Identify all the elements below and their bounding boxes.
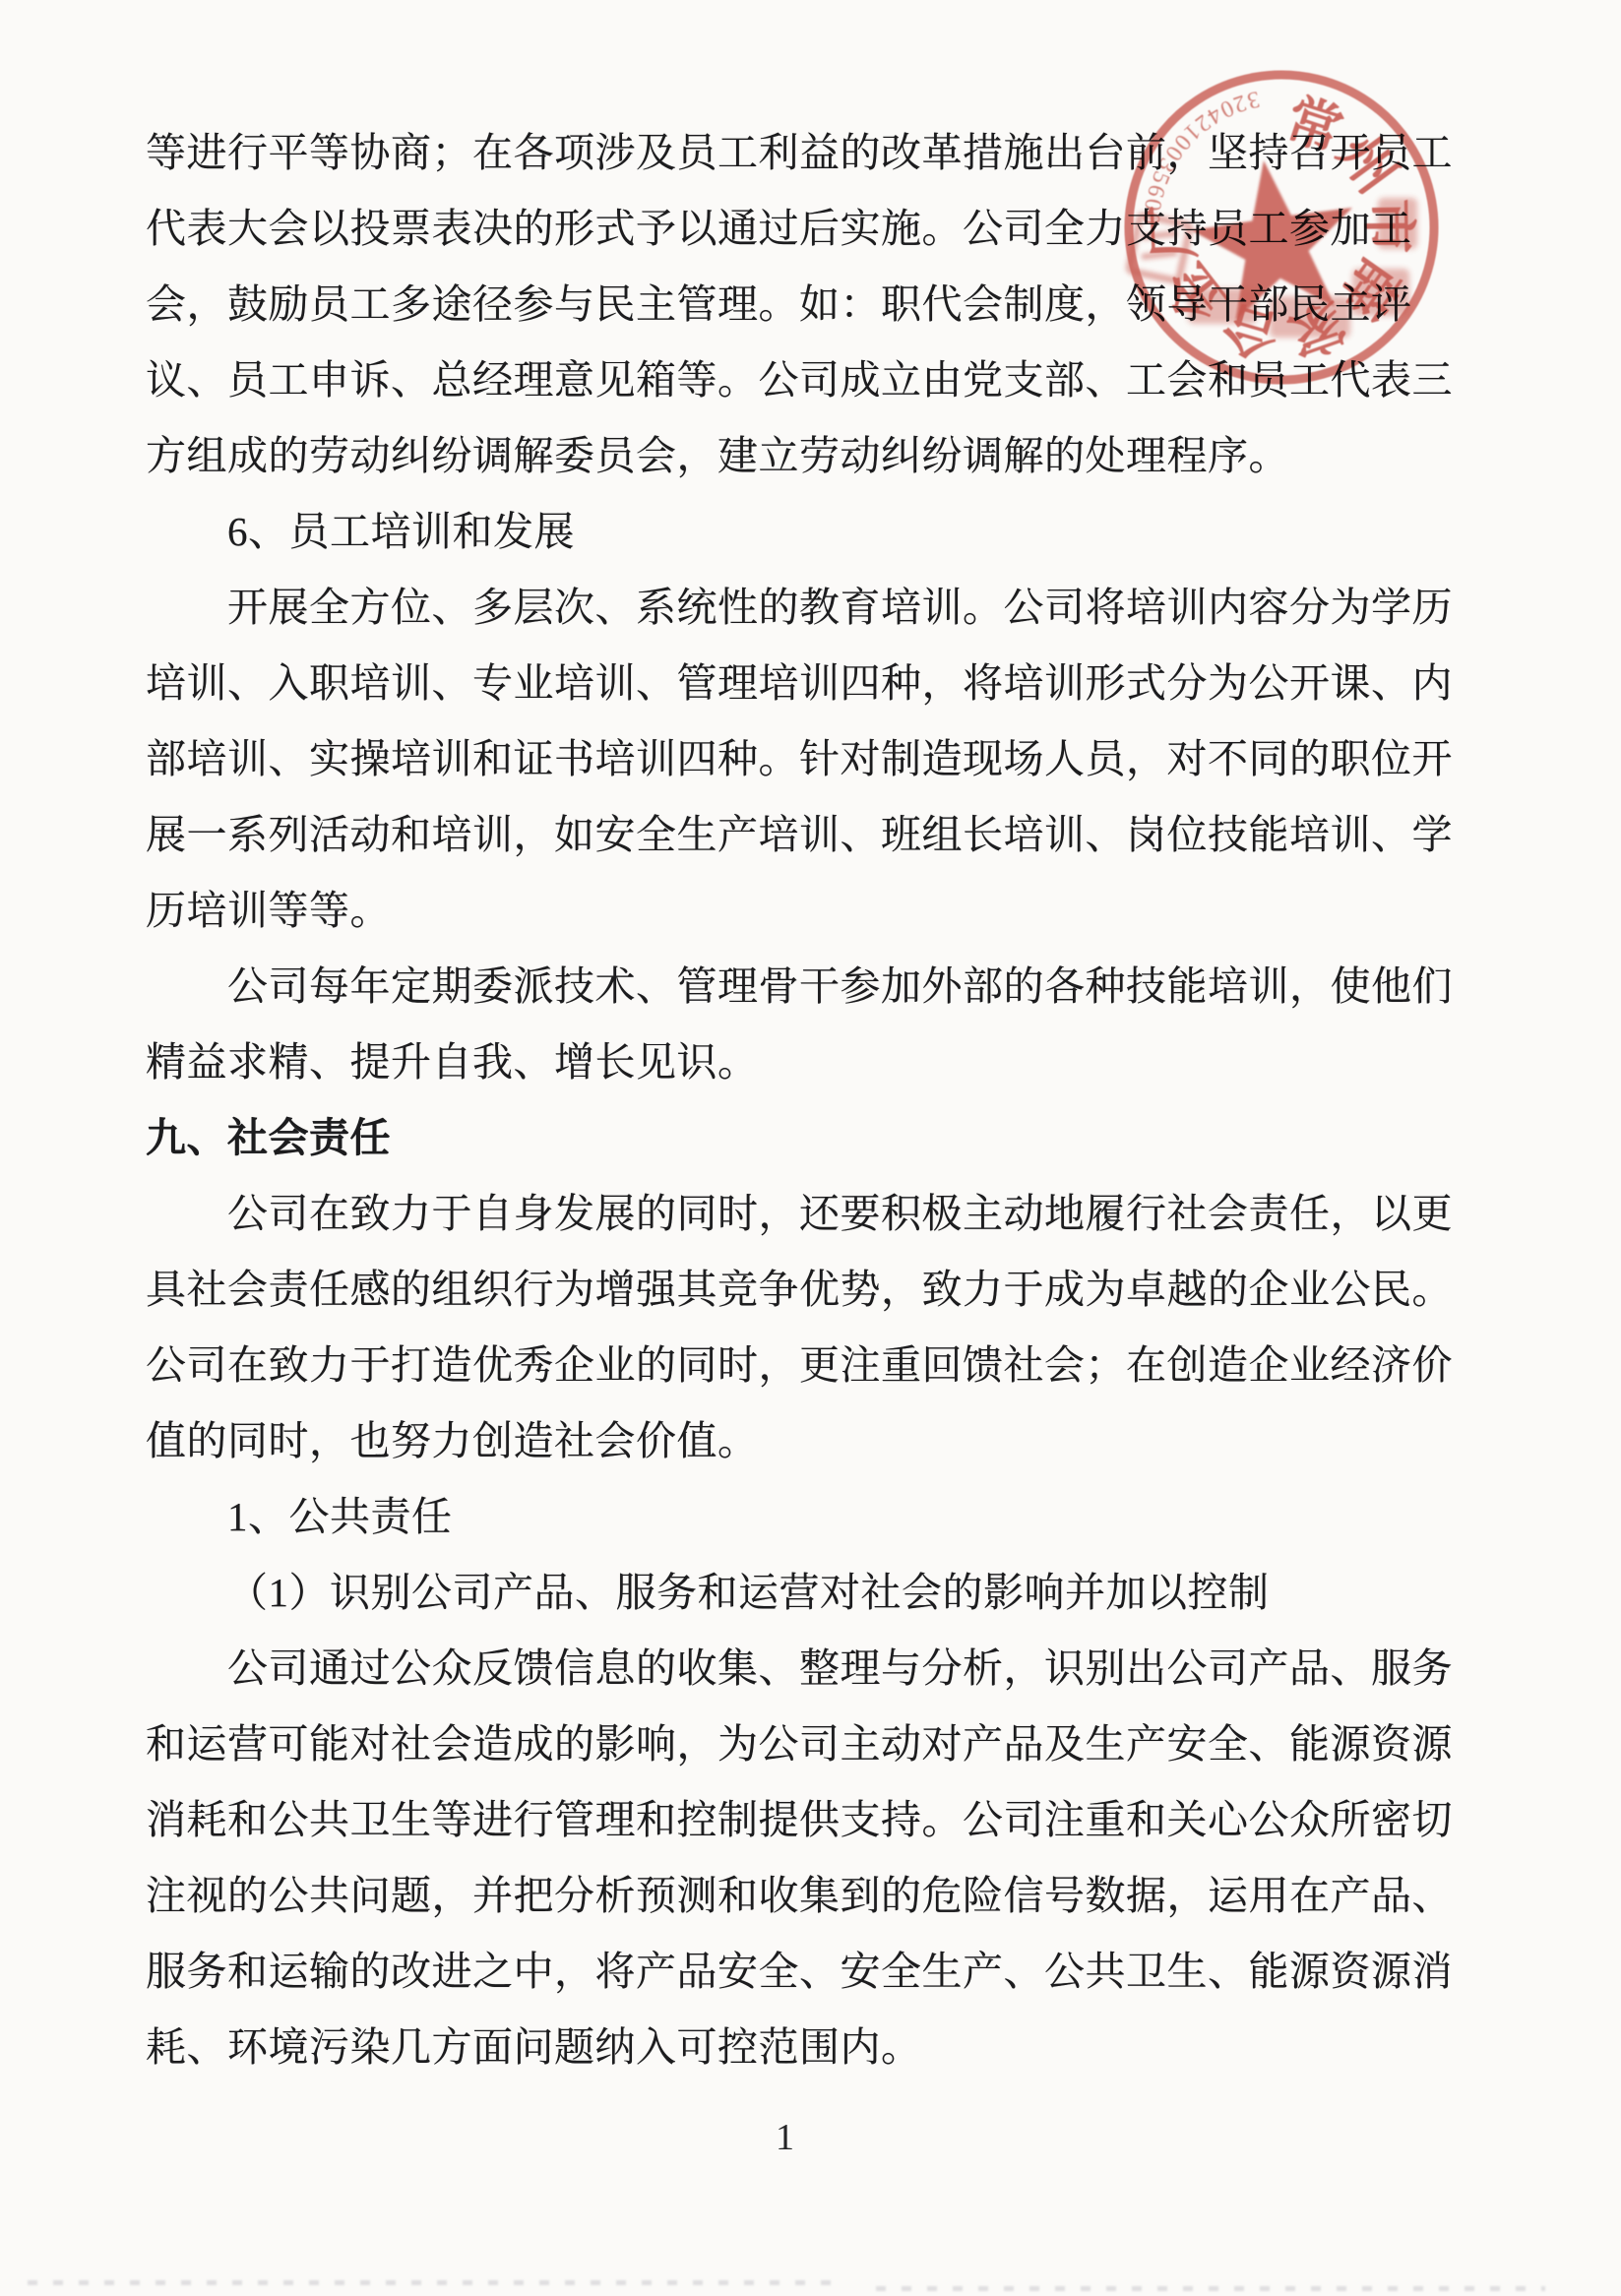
text-line: 服务和运输的改进之中，将产品安全、安全生产、公共卫生、能源资源消 bbox=[146, 1934, 1465, 2010]
text-line: 1、公共责任 bbox=[146, 1479, 1465, 1555]
text-line: 开展全方位、多层次、系统性的教育培训。公司将培训内容分为学历 bbox=[146, 570, 1465, 646]
text-line: 展一系列活动和培训，如安全生产培训、班组长培训、岗位技能培训、学 bbox=[146, 797, 1465, 873]
official-red-seal: 常州市薛家合金厂 3204210035600 bbox=[1114, 60, 1449, 395]
text-line: 公司每年定期委派技术、管理骨干参加外部的各种技能培训，使他们 bbox=[146, 949, 1465, 1024]
scanned-document-page: 等进行平等协商；在各项涉及员工利益的改革措施出台前，坚持召开员工代表大会以投票表… bbox=[0, 0, 1621, 2296]
text-line: 公司在致力于打造优秀企业的同时，更注重回馈社会；在创造企业经济价 bbox=[146, 1328, 1465, 1403]
text-line: 具社会责任感的组织行为增强其竞争优势，致力于成为卓越的企业公民。 bbox=[146, 1252, 1465, 1328]
text-line: （1）识别公司产品、服务和运营对社会的影响并加以控制 bbox=[146, 1555, 1465, 1631]
text-line: 九、社会责任 bbox=[146, 1100, 1465, 1176]
text-line: 值的同时，也努力创造社会价值。 bbox=[146, 1403, 1465, 1479]
text-line: 公司在致力于自身发展的同时，还要积极主动地履行社会责任，以更 bbox=[146, 1176, 1465, 1252]
text-line: 耗、环境污染几方面问题纳入可控范围内。 bbox=[146, 2010, 1465, 2085]
text-line: 消耗和公共卫生等进行管理和控制提供支持。公司注重和关心公众所密切 bbox=[146, 1782, 1465, 1858]
text-line: 部培训、实操培训和证书培训四种。针对制造现场人员，对不同的职位开 bbox=[146, 721, 1465, 797]
scan-artifact-right bbox=[876, 2286, 1545, 2291]
text-line: 和运营可能对社会造成的影响，为公司主动对产品及生产安全、能源资源 bbox=[146, 1706, 1465, 1782]
text-line: 注视的公共问题，并把分析预测和收集到的危险信号数据，运用在产品、 bbox=[146, 1858, 1465, 1934]
text-line: 6、员工培训和发展 bbox=[146, 494, 1465, 570]
scan-artifact-left bbox=[28, 2280, 844, 2285]
text-line: 公司通过公众反馈信息的收集、整理与分析，识别出公司产品、服务 bbox=[146, 1631, 1465, 1706]
text-line: 方组成的劳动纠纷调解委员会，建立劳动纠纷调解的处理程序。 bbox=[146, 418, 1465, 494]
document-body-text: 等进行平等协商；在各项涉及员工利益的改革措施出台前，坚持召开员工代表大会以投票表… bbox=[146, 115, 1465, 2085]
text-line: 精益求精、提升自我、增长见识。 bbox=[146, 1024, 1465, 1100]
text-line: 历培训等等。 bbox=[146, 873, 1465, 949]
page-number: 1 bbox=[776, 2108, 794, 2167]
text-line: 培训、入职培训、专业培训、管理培训四种，将培训形式分为公开课、内 bbox=[146, 646, 1465, 721]
